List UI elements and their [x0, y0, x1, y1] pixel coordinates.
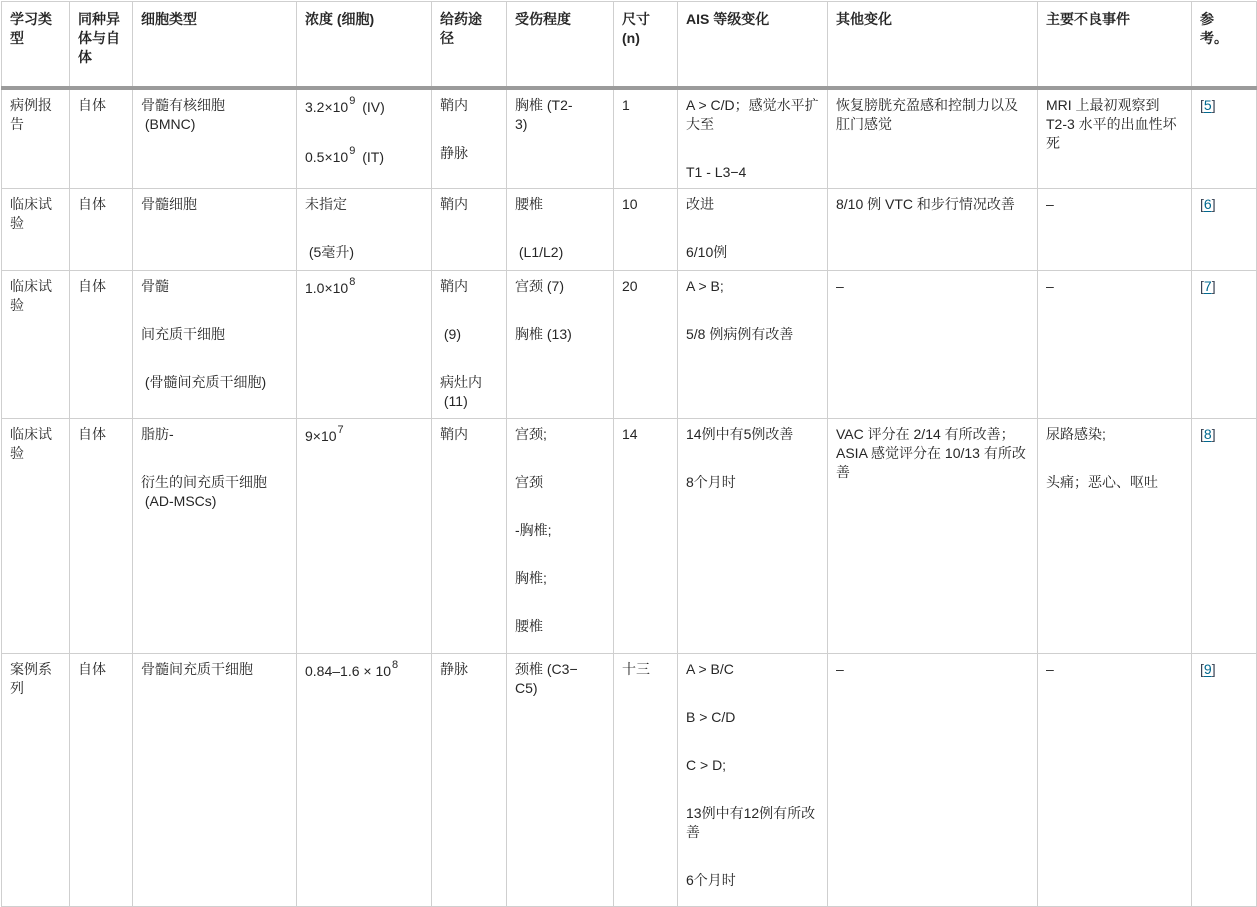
table-row: 临床试验自体脂肪-衍生的间充质干细胞 (AD-MSCs)9×107鞘内宫颈;宫颈… — [2, 418, 1257, 653]
column-header-allo_auto: 同种异体与自体 — [70, 2, 133, 88]
cell-study_type: 病例报告 — [2, 88, 70, 189]
page: 学习类型同种异体与自体细胞类型浓度 (细胞)给药途径受伤程度尺寸(n)AIS 等… — [0, 0, 1257, 900]
cell-ais_change: 14例中有5例改善8个月时 — [678, 418, 828, 653]
table-header: 学习类型同种异体与自体细胞类型浓度 (细胞)给药途径受伤程度尺寸(n)AIS 等… — [2, 2, 1257, 88]
cell-paragraph: 胸椎 (13) — [515, 325, 605, 344]
column-header-study_type: 学习类型 — [2, 2, 70, 88]
cell-other_changes: 恢复膀胱充盈感和控制力以及肛门感觉 — [828, 88, 1038, 189]
cell-injury_level: 腰椎 (L1/L2) — [507, 188, 614, 270]
cell-paragraph: 9×107 — [305, 425, 423, 446]
cell-size: 14 — [614, 418, 678, 653]
reference-link[interactable]: 6 — [1204, 196, 1212, 212]
reference-link[interactable]: 5 — [1204, 97, 1212, 113]
cell-size: 20 — [614, 270, 678, 418]
column-header-ais_change: AIS 等级变化 — [678, 2, 828, 88]
cell-route: 鞘内 (9)病灶内 (11) — [432, 270, 507, 418]
cell-allo_auto: 自体 — [70, 418, 133, 653]
cell-paragraph: (5毫升) — [305, 243, 423, 262]
cell-paragraph: (9) — [440, 325, 498, 344]
cell-paragraph: 0.84–1.6 × 108 — [305, 660, 423, 681]
cell-adverse_events: – — [1038, 270, 1192, 418]
cell-route: 鞘内静脉 — [432, 88, 507, 189]
cell-paragraph: 骨髓有核细胞 (BMNC) — [141, 96, 288, 134]
cell-reference: [9] — [1192, 653, 1257, 906]
cell-cell_type: 骨髓间充质干细胞 — [133, 653, 297, 906]
column-header-concentration: 浓度 (细胞) — [297, 2, 432, 88]
column-header-route: 给药途径 — [432, 2, 507, 88]
cell-paragraph: – — [1046, 660, 1183, 679]
column-header-injury_level: 受伤程度 — [507, 2, 614, 88]
table-row: 案例系列自体骨髓间充质干细胞0.84–1.6 × 108静脉颈椎 (C3−C5)… — [2, 653, 1257, 906]
cell-cell_type: 骨髓间充质干细胞 (骨髓间充质干细胞) — [133, 270, 297, 418]
cell-cell_type: 骨髓细胞 — [133, 188, 297, 270]
cell-paragraph: 临床试验 — [10, 425, 61, 463]
cell-paragraph: T1 - L3−4 — [686, 163, 819, 182]
cell-ais_change: 改进6/10例 — [678, 188, 828, 270]
cell-paragraph: – — [836, 277, 1029, 296]
cell-paragraph: 静脉 — [440, 144, 498, 163]
cell-paragraph: 5/8 例病例有改善 — [686, 325, 819, 344]
cell-other_changes: – — [828, 653, 1038, 906]
superscript-exponent: 9 — [349, 95, 355, 107]
cell-size: 10 — [614, 188, 678, 270]
cell-paragraph: 自体 — [78, 96, 124, 115]
cell-reference: [8] — [1192, 418, 1257, 653]
cell-paragraph: 腰椎 — [515, 617, 605, 636]
table-row: 病例报告自体骨髓有核细胞 (BMNC)3.2×109 (IV)0.5×109 (… — [2, 88, 1257, 189]
cell-paragraph: A > B; — [686, 277, 819, 296]
cell-paragraph: 3.2×109 (IV) — [305, 96, 423, 117]
column-header-adverse_events: 主要不良事件 — [1038, 2, 1192, 88]
cell-reference: [6] — [1192, 188, 1257, 270]
reference-link[interactable]: 9 — [1204, 661, 1212, 677]
cell-paragraph: 1 — [622, 96, 669, 115]
cell-concentration: 9×107 — [297, 418, 432, 653]
cell-route: 鞘内 — [432, 188, 507, 270]
cell-paragraph: 6个月时 — [686, 871, 819, 890]
cell-paragraph: 10 — [622, 195, 669, 214]
cell-paragraph: 宫颈 (7) — [515, 277, 605, 296]
header-row: 学习类型同种异体与自体细胞类型浓度 (细胞)给药途径受伤程度尺寸(n)AIS 等… — [2, 2, 1257, 88]
cell-paragraph: 20 — [622, 277, 669, 296]
cell-paragraph: 鞘内 — [440, 277, 498, 296]
cell-cell_type: 骨髓有核细胞 (BMNC) — [133, 88, 297, 189]
column-header-size: 尺寸(n) — [614, 2, 678, 88]
column-header-cell_type: 细胞类型 — [133, 2, 297, 88]
cell-paragraph: 案例系列 — [10, 660, 61, 698]
column-header-other_changes: 其他变化 — [828, 2, 1038, 88]
cell-concentration: 1.0×108 — [297, 270, 432, 418]
cell-paragraph: 自体 — [78, 425, 124, 444]
reference: [7] — [1200, 277, 1248, 296]
cell-reference: [5] — [1192, 88, 1257, 189]
table-body: 病例报告自体骨髓有核细胞 (BMNC)3.2×109 (IV)0.5×109 (… — [2, 88, 1257, 907]
cell-paragraph: 14例中有5例改善 — [686, 425, 819, 444]
cell-allo_auto: 自体 — [70, 270, 133, 418]
cell-other_changes: VAC 评分在 2/14 有所改善；ASIA 感觉评分在 10/13 有所改善 — [828, 418, 1038, 653]
cell-paragraph: C > D; — [686, 756, 819, 775]
cell-paragraph: B > C/D — [686, 708, 819, 727]
cell-reference: [7] — [1192, 270, 1257, 418]
reference-bracket-close: ] — [1212, 196, 1216, 212]
cell-paragraph: 鞘内 — [440, 195, 498, 214]
superscript-exponent: 9 — [349, 145, 355, 157]
cell-study_type: 临床试验 — [2, 270, 70, 418]
cell-injury_level: 颈椎 (C3−C5) — [507, 653, 614, 906]
cell-paragraph: 病例报告 — [10, 96, 61, 134]
reference-bracket-close: ] — [1212, 661, 1216, 677]
cell-concentration: 0.84–1.6 × 108 — [297, 653, 432, 906]
cell-paragraph: 尿路感染; — [1046, 425, 1183, 444]
cell-paragraph: VAC 评分在 2/14 有所改善；ASIA 感觉评分在 10/13 有所改善 — [836, 425, 1029, 482]
reference: [8] — [1200, 425, 1248, 444]
cell-size: 十三 — [614, 653, 678, 906]
cell-other_changes: 8/10 例 VTC 和步行情况改善 — [828, 188, 1038, 270]
cell-adverse_events: 尿路感染;头痛；恶心、呕吐 — [1038, 418, 1192, 653]
reference-link[interactable]: 8 — [1204, 426, 1212, 442]
cell-allo_auto: 自体 — [70, 88, 133, 189]
cell-paragraph: 临床试验 — [10, 195, 61, 233]
superscript-exponent: 8 — [349, 276, 355, 288]
cell-paragraph: 胸椎; — [515, 569, 605, 588]
cell-paragraph: 鞘内 — [440, 96, 498, 115]
cell-paragraph: 6/10例 — [686, 243, 819, 262]
cell-route: 鞘内 — [432, 418, 507, 653]
reference: [6] — [1200, 195, 1248, 214]
cell-paragraph: 宫颈 — [515, 473, 605, 492]
cell-paragraph: 鞘内 — [440, 425, 498, 444]
cell-ais_change: A > B;5/8 例病例有改善 — [678, 270, 828, 418]
cell-adverse_events: – — [1038, 188, 1192, 270]
cell-paragraph: MRI 上最初观察到 T2-3 水平的出血性坏死 — [1046, 96, 1183, 153]
cell-route: 静脉 — [432, 653, 507, 906]
cell-allo_auto: 自体 — [70, 653, 133, 906]
cell-paragraph: – — [836, 660, 1029, 679]
cell-paragraph: 13例中有12例有所改善 — [686, 804, 819, 842]
cell-injury_level: 宫颈;宫颈-胸椎;胸椎;腰椎 — [507, 418, 614, 653]
cell-concentration: 3.2×109 (IV)0.5×109 (IT) — [297, 88, 432, 189]
cell-study_type: 临床试验 — [2, 418, 70, 653]
cell-paragraph: 0.5×109 (IT) — [305, 146, 423, 167]
cell-study_type: 临床试验 — [2, 188, 70, 270]
reference-bracket-close: ] — [1212, 426, 1216, 442]
cell-paragraph: 8/10 例 VTC 和步行情况改善 — [836, 195, 1029, 214]
cell-concentration: 未指定 (5毫升) — [297, 188, 432, 270]
cell-paragraph: -胸椎; — [515, 521, 605, 540]
reference: [5] — [1200, 96, 1248, 115]
cell-paragraph: 1.0×108 — [305, 277, 423, 298]
cell-paragraph: 病灶内 (11) — [440, 373, 498, 411]
cell-paragraph: 恢复膀胱充盈感和控制力以及肛门感觉 — [836, 96, 1029, 134]
cell-paragraph: 脂肪- — [141, 425, 288, 444]
cell-study_type: 案例系列 — [2, 653, 70, 906]
cell-allo_auto: 自体 — [70, 188, 133, 270]
cell-paragraph: 14 — [622, 425, 669, 444]
cell-paragraph: 间充质干细胞 — [141, 325, 288, 344]
cell-ais_change: A > C/D；感觉水平扩大至T1 - L3−4 — [678, 88, 828, 189]
cell-paragraph: 骨髓 — [141, 277, 288, 296]
cell-paragraph: 自体 — [78, 660, 124, 679]
cell-ais_change: A > B/CB > C/DC > D;13例中有12例有所改善6个月时 — [678, 653, 828, 906]
cell-adverse_events: – — [1038, 653, 1192, 906]
cell-adverse_events: MRI 上最初观察到 T2-3 水平的出血性坏死 — [1038, 88, 1192, 189]
reference-bracket-close: ] — [1212, 97, 1216, 113]
reference-bracket-close: ] — [1212, 278, 1216, 294]
cell-paragraph: A > B/C — [686, 660, 819, 679]
clinical-studies-table: 学习类型同种异体与自体细胞类型浓度 (细胞)给药途径受伤程度尺寸(n)AIS 等… — [1, 1, 1257, 907]
column-header-reference: 参考。 — [1192, 2, 1257, 88]
cell-other_changes: – — [828, 270, 1038, 418]
cell-paragraph: 颈椎 (C3−C5) — [515, 660, 605, 698]
superscript-exponent: 8 — [392, 659, 398, 671]
cell-paragraph: 自体 — [78, 195, 124, 214]
cell-size: 1 — [614, 88, 678, 189]
cell-paragraph: 胸椎 (T2-3) — [515, 96, 605, 134]
cell-paragraph: 临床试验 — [10, 277, 61, 315]
cell-paragraph: – — [1046, 195, 1183, 214]
cell-paragraph: 骨髓间充质干细胞 — [141, 660, 288, 679]
cell-paragraph: 头痛；恶心、呕吐 — [1046, 473, 1183, 492]
cell-paragraph: 骨髓细胞 — [141, 195, 288, 214]
cell-paragraph: 静脉 — [440, 660, 498, 679]
cell-cell_type: 脂肪-衍生的间充质干细胞 (AD-MSCs) — [133, 418, 297, 653]
table-row: 临床试验自体骨髓间充质干细胞 (骨髓间充质干细胞)1.0×108鞘内 (9)病灶… — [2, 270, 1257, 418]
cell-paragraph: 8个月时 — [686, 473, 819, 492]
cell-paragraph: 未指定 — [305, 195, 423, 214]
cell-paragraph: – — [1046, 277, 1183, 296]
cell-paragraph: 衍生的间充质干细胞 (AD-MSCs) — [141, 473, 288, 511]
cell-paragraph: 腰椎 — [515, 195, 605, 214]
reference-link[interactable]: 7 — [1204, 278, 1212, 294]
reference: [9] — [1200, 660, 1248, 679]
cell-paragraph: 改进 — [686, 195, 819, 214]
cell-paragraph: 宫颈; — [515, 425, 605, 444]
cell-paragraph: (骨髓间充质干细胞) — [141, 373, 288, 392]
cell-paragraph: (L1/L2) — [515, 243, 605, 262]
cell-injury_level: 胸椎 (T2-3) — [507, 88, 614, 189]
cell-paragraph: 自体 — [78, 277, 124, 296]
cell-paragraph: 十三 — [622, 660, 669, 679]
cell-injury_level: 宫颈 (7)胸椎 (13) — [507, 270, 614, 418]
cell-paragraph: A > C/D；感觉水平扩大至 — [686, 96, 819, 134]
table-row: 临床试验自体骨髓细胞未指定 (5毫升)鞘内腰椎 (L1/L2)10改进6/10例… — [2, 188, 1257, 270]
superscript-exponent: 7 — [338, 424, 344, 436]
